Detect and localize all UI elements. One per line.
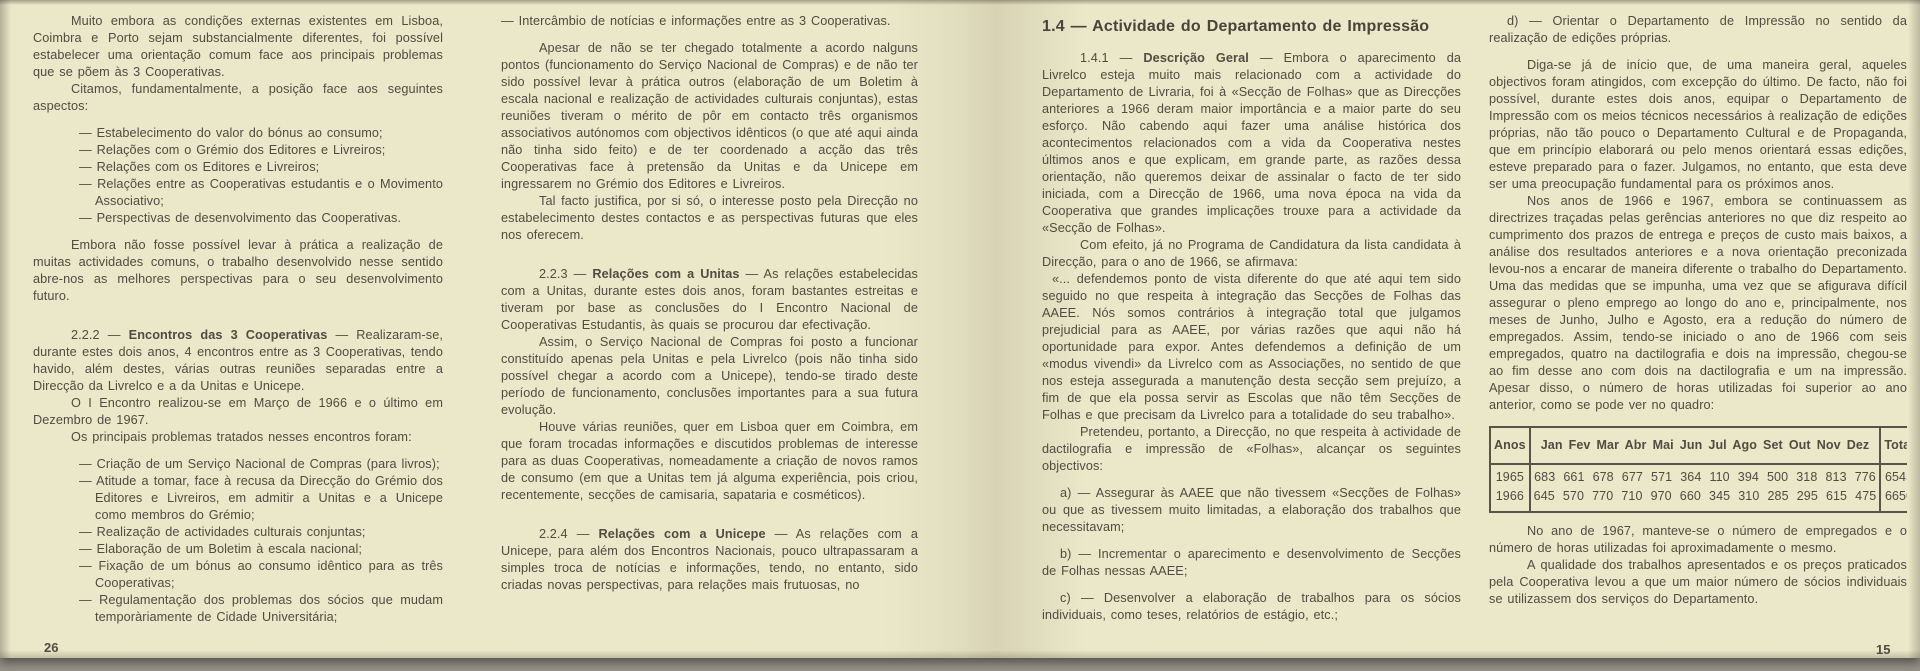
section-paragraph-224: 2.2.4 — Relações com a Unicepe — As rela…	[501, 526, 918, 594]
paragraph: Pretendeu, portanto, a Direcção, no que …	[1042, 424, 1461, 475]
list-item: — Perspectivas de desenvolvimento das Co…	[33, 210, 443, 227]
left-page-column-2: — Intercâmbio de notícias e informações …	[501, 13, 918, 661]
section-title: Encontros das 3 Cooperativas	[129, 328, 328, 342]
paragraph: Apesar de não se ter chegado totalmente …	[501, 40, 918, 193]
dash-list: — Criação de um Serviço Nacional de Comp…	[33, 456, 443, 626]
section-text: — Embora o aparecimento da Livrelco este…	[1042, 51, 1461, 235]
list-item: — Atitude a tomar, face à recusa da Dire…	[33, 473, 443, 524]
paragraph: Citamos, fundamentalmente, a posição fac…	[33, 81, 443, 115]
section-paragraph-223: 2.2.3 — Relações com a Unitas — As relaç…	[501, 266, 918, 334]
quote-paragraph: «... defendemos ponto de vista diferente…	[1042, 271, 1461, 424]
objective-item-b: b) — Incrementar o aparecimento e desenv…	[1042, 546, 1461, 580]
table-row-1966: 1966 645 570 770 710 970 660 345 310 285…	[1490, 487, 1907, 512]
paragraph: Nos anos de 1966 e 1967, embora se conti…	[1489, 193, 1907, 414]
section-number: 1.4.1 —	[1080, 51, 1143, 65]
paragraph: Os principais problemas tratados nesses …	[33, 429, 443, 446]
paragraph: Assim, o Serviço Nacional de Compras foi…	[501, 334, 918, 419]
section-paragraph-222: 2.2.2 — Encontros das 3 Cooperativas — R…	[33, 327, 443, 395]
list-item-continuation: — Intercâmbio de notícias e informações …	[501, 13, 918, 30]
list-item: — Elaboração de um Boletim à escala naci…	[33, 541, 443, 558]
table-header-months: Jan Fev Mar Abr Mai Jun Jul Ago Set Out …	[1530, 427, 1881, 464]
section-number: 2.2.4 —	[539, 527, 599, 541]
book-spread: Muito embora as condições externas exist…	[0, 0, 1920, 658]
table-cell-total: 6650	[1880, 487, 1907, 512]
chapter-heading: 1.4 — Actividade do Departamento de Impr…	[1042, 17, 1461, 36]
list-item: — Estabelecimento do valor do bónus ao c…	[33, 125, 443, 142]
dash-list: — Estabelecimento do valor do bónus ao c…	[33, 125, 443, 227]
table-cell-year: 1965	[1490, 464, 1530, 487]
paragraph: No ano de 1967, manteve-se o número de e…	[1489, 523, 1907, 557]
left-page-column-1: Muito embora as condições externas exist…	[33, 13, 443, 661]
hours-table: Anos Jan Fev Mar Abr Mai Jun Jul Ago Set…	[1489, 426, 1907, 513]
section-title: Relações com a Unitas	[592, 267, 739, 281]
table-cell-monthly-hours: 645 570 770 710 970 660 345 310 285 295 …	[1530, 487, 1881, 512]
section-title: Relações com a Unicepe	[599, 527, 766, 541]
list-item: — Realização de actividades culturais co…	[33, 524, 443, 541]
hours-table-body: 1965 683 661 678 677 571 364 110 394 500…	[1490, 464, 1907, 512]
objective-item-c: c) — Desenvolver a elaboração de trabalh…	[1042, 590, 1461, 624]
section-title: Descrição Geral	[1143, 51, 1248, 65]
paragraph: A qualidade dos trabalhos apresentados e…	[1489, 557, 1907, 608]
list-item: — Relações entre as Cooperativas estudan…	[33, 176, 443, 210]
objective-item-d: d) — Orientar o Departamento de Impressã…	[1489, 13, 1907, 47]
hours-table-header: Anos Jan Fev Mar Abr Mai Jun Jul Ago Set…	[1490, 427, 1907, 464]
table-cell-monthly-hours: 683 661 678 677 571 364 110 394 500 318 …	[1530, 464, 1881, 487]
paragraph: Com efeito, já no Programa de Candidatur…	[1042, 237, 1461, 271]
table-cell-year: 1966	[1490, 487, 1530, 512]
section-number: 2.2.2 —	[71, 328, 129, 342]
list-item: — Regulamentação dos problemas dos sócio…	[33, 592, 443, 626]
objective-item-a: a) — Assegurar às AAEE que não tivessem …	[1042, 485, 1461, 536]
table-row-1965: 1965 683 661 678 677 571 364 110 394 500…	[1490, 464, 1907, 487]
page-number-left: 26	[44, 640, 58, 655]
paragraph: Diga-se já de início que, de uma maneira…	[1489, 57, 1907, 193]
list-item: — Relações com os Editores e Livreiros;	[33, 159, 443, 176]
paragraph: Tal facto justifica, por si só, o intere…	[501, 193, 918, 244]
section-number: 2.2.3 —	[539, 267, 592, 281]
table-header-total: Total	[1880, 427, 1907, 464]
paragraph: O I Encontro realizou-se em Março de 196…	[33, 395, 443, 429]
paragraph: Muito embora as condições externas exist…	[33, 13, 443, 81]
table-header-anos: Anos	[1490, 427, 1530, 464]
right-page-column-2: d) — Orientar o Departamento de Impressã…	[1489, 13, 1907, 661]
page-number-right: 15	[1876, 642, 1890, 657]
paragraph: Embora não fosse possível levar à prátic…	[33, 237, 443, 305]
table-cell-total: 6545	[1880, 464, 1907, 487]
right-page-column-1: 1.4 — Actividade do Departamento de Impr…	[1042, 13, 1461, 661]
section-paragraph-141: 1.4.1 — Descrição Geral — Embora o apare…	[1042, 50, 1461, 237]
list-item: — Relações com o Grémio dos Editores e L…	[33, 142, 443, 159]
list-item: — Criação de um Serviço Nacional de Comp…	[33, 456, 443, 473]
list-item: — Fixação de um bónus ao consumo idêntic…	[33, 558, 443, 592]
paragraph: Houve várias reuniões, quer em Lisboa qu…	[501, 419, 918, 504]
